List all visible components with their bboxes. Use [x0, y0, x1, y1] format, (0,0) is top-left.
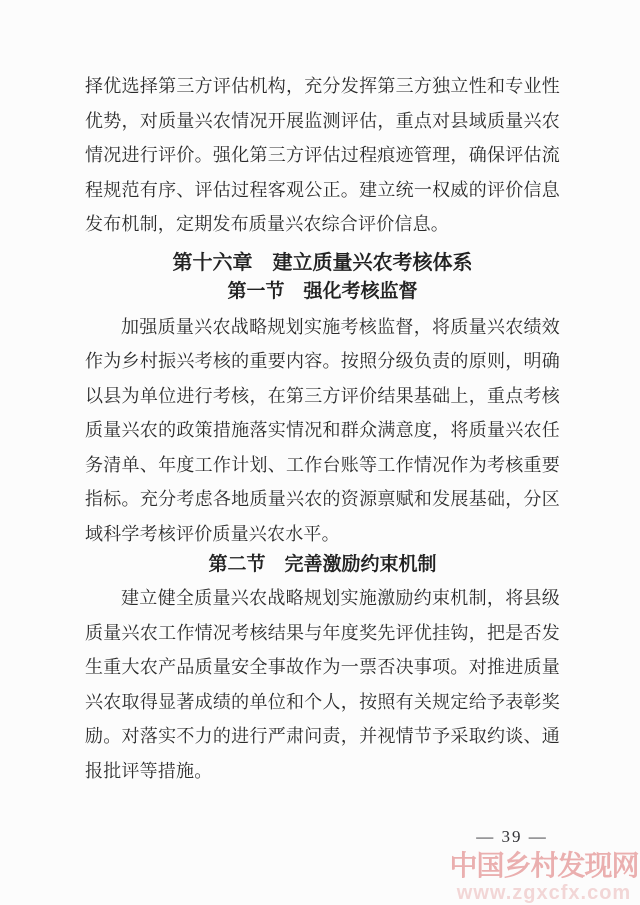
- section-heading-1: 第一节 强化考核监督: [85, 278, 560, 306]
- scanned-document-page: 择优选择第三方评估机构，充分发挥第三方独立性和专业性优势，对质量兴农情况开展监测…: [0, 0, 640, 905]
- body-paragraph-3: 建立健全质量兴农战略规划实施激励约束机制，将县级质量兴农工作情况考核结果与年度奖…: [85, 581, 560, 788]
- chapter-heading: 第十六章 建立质量兴农考核体系: [85, 248, 560, 278]
- watermark-site-name: 中国乡村发现网: [444, 853, 640, 881]
- section-heading-2: 第二节 完善激励约束机制: [85, 551, 560, 579]
- watermark-site-url: www.zgxcfx.com: [444, 883, 640, 903]
- body-paragraph-1: 择优选择第三方评估机构，充分发挥第三方独立性和专业性优势，对质量兴农情况开展监测…: [85, 69, 560, 242]
- watermark: 中国乡村发现网 www.zgxcfx.com: [444, 853, 640, 903]
- body-paragraph-2: 加强质量兴农战略规划实施考核监督，将质量兴农绩效作为乡村振兴考核的重要内容。按照…: [85, 310, 560, 552]
- page-number: — 39 —: [454, 827, 570, 847]
- document-content: 择优选择第三方评估机构，充分发挥第三方独立性和专业性优势，对质量兴农情况开展监测…: [85, 69, 560, 788]
